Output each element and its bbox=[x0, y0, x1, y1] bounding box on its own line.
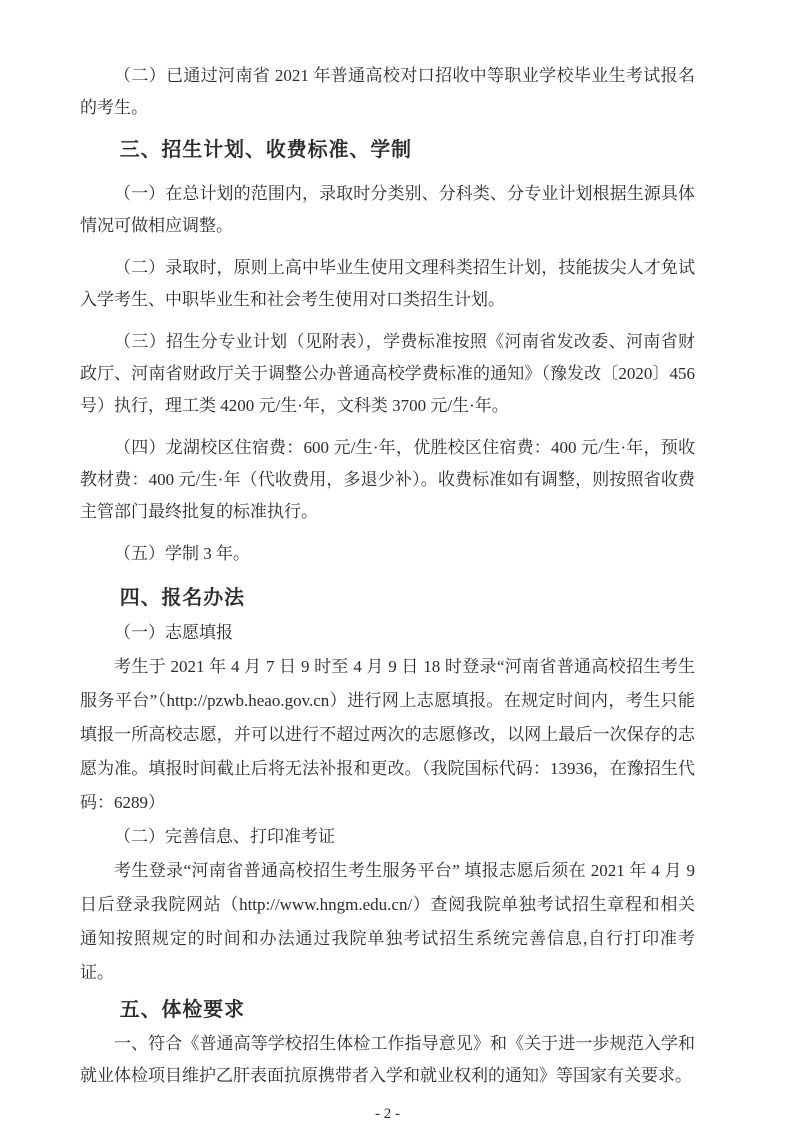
section-heading-physical-exam: 五、体检要求 bbox=[80, 994, 695, 1026]
paragraph-physical-exam-requirement: 一、符合《普通高等学校招生体检工作指导意见》和《关于进一步规范入学和就业体检项目… bbox=[80, 1028, 695, 1092]
paragraph-tuition-standard: （三）招生分专业计划（见附表），学费标准按照《河南省发改委、河南省财政厅、河南省… bbox=[80, 326, 695, 422]
paragraph-study-duration: （五）学制 3 年。 bbox=[80, 538, 695, 570]
section-heading-enrollment-plan: 三、招生计划、收费标准、学制 bbox=[80, 134, 695, 166]
document-page: （二）已通过河南省 2021 年普通高校对口招收中等职业学校毕业生考试报名的考生… bbox=[0, 0, 793, 1122]
paragraph-info-completion-title: （二）完善信息、打印准考证 bbox=[80, 820, 695, 854]
section-heading-registration-method: 四、报名办法 bbox=[80, 582, 695, 614]
paragraph-eligibility-vocational: （二）已通过河南省 2021 年普通高校对口招收中等职业学校毕业生考试报名的考生… bbox=[80, 60, 695, 124]
paragraph-volunteer-filling-title: （一）志愿填报 bbox=[80, 616, 695, 650]
paragraph-accommodation-fees: （四）龙湖校区住宿费：600 元/生·年，优胜校区住宿费：400 元/生·年，预… bbox=[80, 432, 695, 528]
paragraph-volunteer-filling-detail: 考生于 2021 年 4 月 7 日 9 时至 4 月 9 日 18 时登录“河… bbox=[80, 650, 695, 820]
page-number: - 2 - bbox=[80, 1102, 695, 1122]
paragraph-plan-adjustment: （一）在总计划的范围内，录取时分类别、分科类、分专业计划根据生源具体情况可做相应… bbox=[80, 178, 695, 242]
paragraph-info-completion-detail: 考生登录“河南省普通高校招生考生服务平台” 填报志愿后须在 2021 年 4 月… bbox=[80, 854, 695, 990]
paragraph-plan-usage: （二）录取时，原则上高中毕业生使用文理科类招生计划，技能拔尖人才免试入学考生、中… bbox=[80, 252, 695, 316]
